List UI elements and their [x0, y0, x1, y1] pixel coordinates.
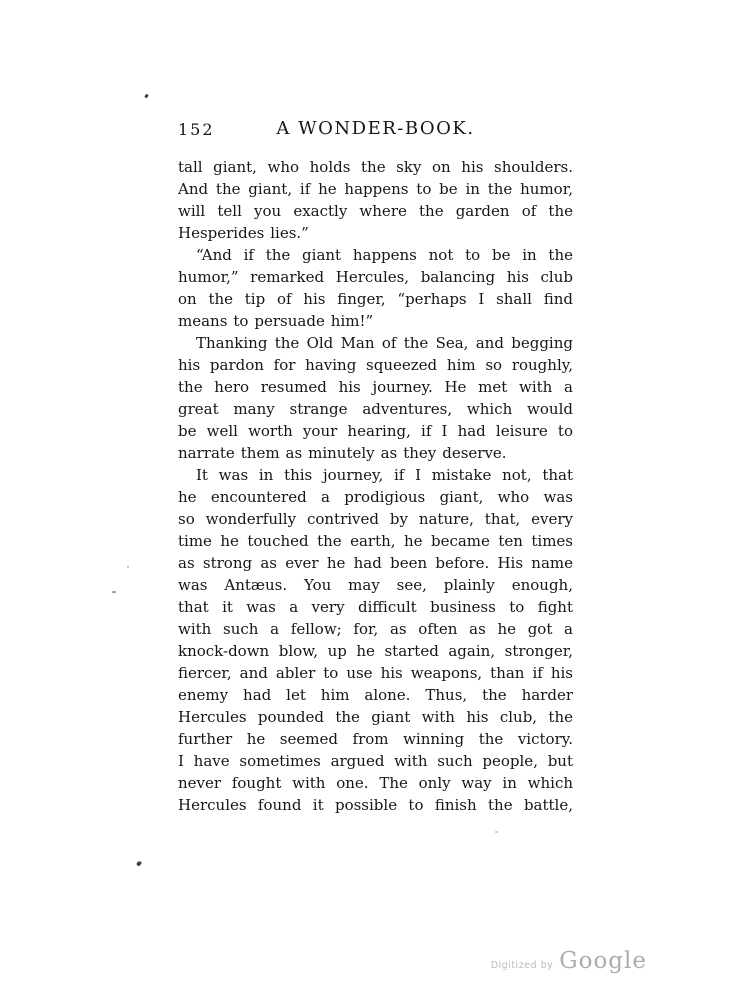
- text-line: the hero resumed his journey. He met wit…: [178, 376, 573, 398]
- text-line: “And if the giant happens not to be in t…: [178, 244, 573, 266]
- text-line: It was in this journey, if I mistake not…: [178, 464, 573, 486]
- scan-speck: [495, 831, 498, 833]
- google-watermark: Digitized by Google: [491, 948, 647, 974]
- text-line: never fought with one. The only way in w…: [178, 772, 573, 794]
- paragraph: tall giant, who holds the sky on his sho…: [178, 156, 573, 244]
- text-line: be well worth your hearing, if I had lei…: [178, 420, 573, 442]
- text-line: time he touched the earth, he became ten…: [178, 530, 573, 552]
- text-line: Hercules found it possible to finish the…: [178, 794, 573, 816]
- text-line: means to persuade him!”: [178, 310, 573, 332]
- google-logo: Google: [559, 948, 647, 974]
- text-line: Thanking the Old Man of the Sea, and beg…: [178, 332, 573, 354]
- text-line: further he seemed from winning the victo…: [178, 728, 573, 750]
- text-line: narrate them as minutely as they deserve…: [178, 442, 573, 464]
- text-line: humor,” remarked Hercules, balancing his…: [178, 266, 573, 288]
- scan-speck: [136, 860, 142, 866]
- scanned-book-page: 152 A WONDER-BOOK. tall giant, who holds…: [0, 0, 731, 1000]
- digitized-by-label: Digitized by: [491, 960, 554, 971]
- text-line: great many strange adventures, which wou…: [178, 398, 573, 420]
- paragraph: It was in this journey, if I mistake not…: [178, 464, 573, 816]
- paragraph: “And if the giant happens not to be in t…: [178, 244, 573, 332]
- text-line: that it was a very difficult business to…: [178, 596, 573, 618]
- text-line: he encountered a prodigious giant, who w…: [178, 486, 573, 508]
- text-line: Hercules pounded the giant with his club…: [178, 706, 573, 728]
- text-line: his pardon for having squeezed him so ro…: [178, 354, 573, 376]
- text-line: will tell you exactly where the garden o…: [178, 200, 573, 222]
- text-line: enemy had let him alone. Thus, the harde…: [178, 684, 573, 706]
- running-title: A WONDER-BOOK.: [178, 119, 573, 139]
- text-line: on the tip of his finger, “perhaps I sha…: [178, 288, 573, 310]
- text-block: tall giant, who holds the sky on his sho…: [178, 156, 573, 816]
- text-line: so wonderfully contrived by nature, that…: [178, 508, 573, 530]
- text-line: And the giant, if he happens to be in th…: [178, 178, 573, 200]
- scan-speck: [144, 94, 149, 99]
- text-line: Hesperides lies.”: [178, 222, 573, 244]
- scan-speck: [127, 566, 129, 568]
- text-line: tall giant, who holds the sky on his sho…: [178, 156, 573, 178]
- text-line: knock-down blow, up he started again, st…: [178, 640, 573, 662]
- text-line: was Antæus. You may see, plainly enough,: [178, 574, 573, 596]
- text-line: I have sometimes argued with such people…: [178, 750, 573, 772]
- text-line: as strong as ever he had been before. Hi…: [178, 552, 573, 574]
- paragraph: Thanking the Old Man of the Sea, and beg…: [178, 332, 573, 464]
- text-line: with such a fellow; for, as often as he …: [178, 618, 573, 640]
- text-line: fiercer, and abler to use his weapons, t…: [178, 662, 573, 684]
- scan-speck: [112, 591, 116, 593]
